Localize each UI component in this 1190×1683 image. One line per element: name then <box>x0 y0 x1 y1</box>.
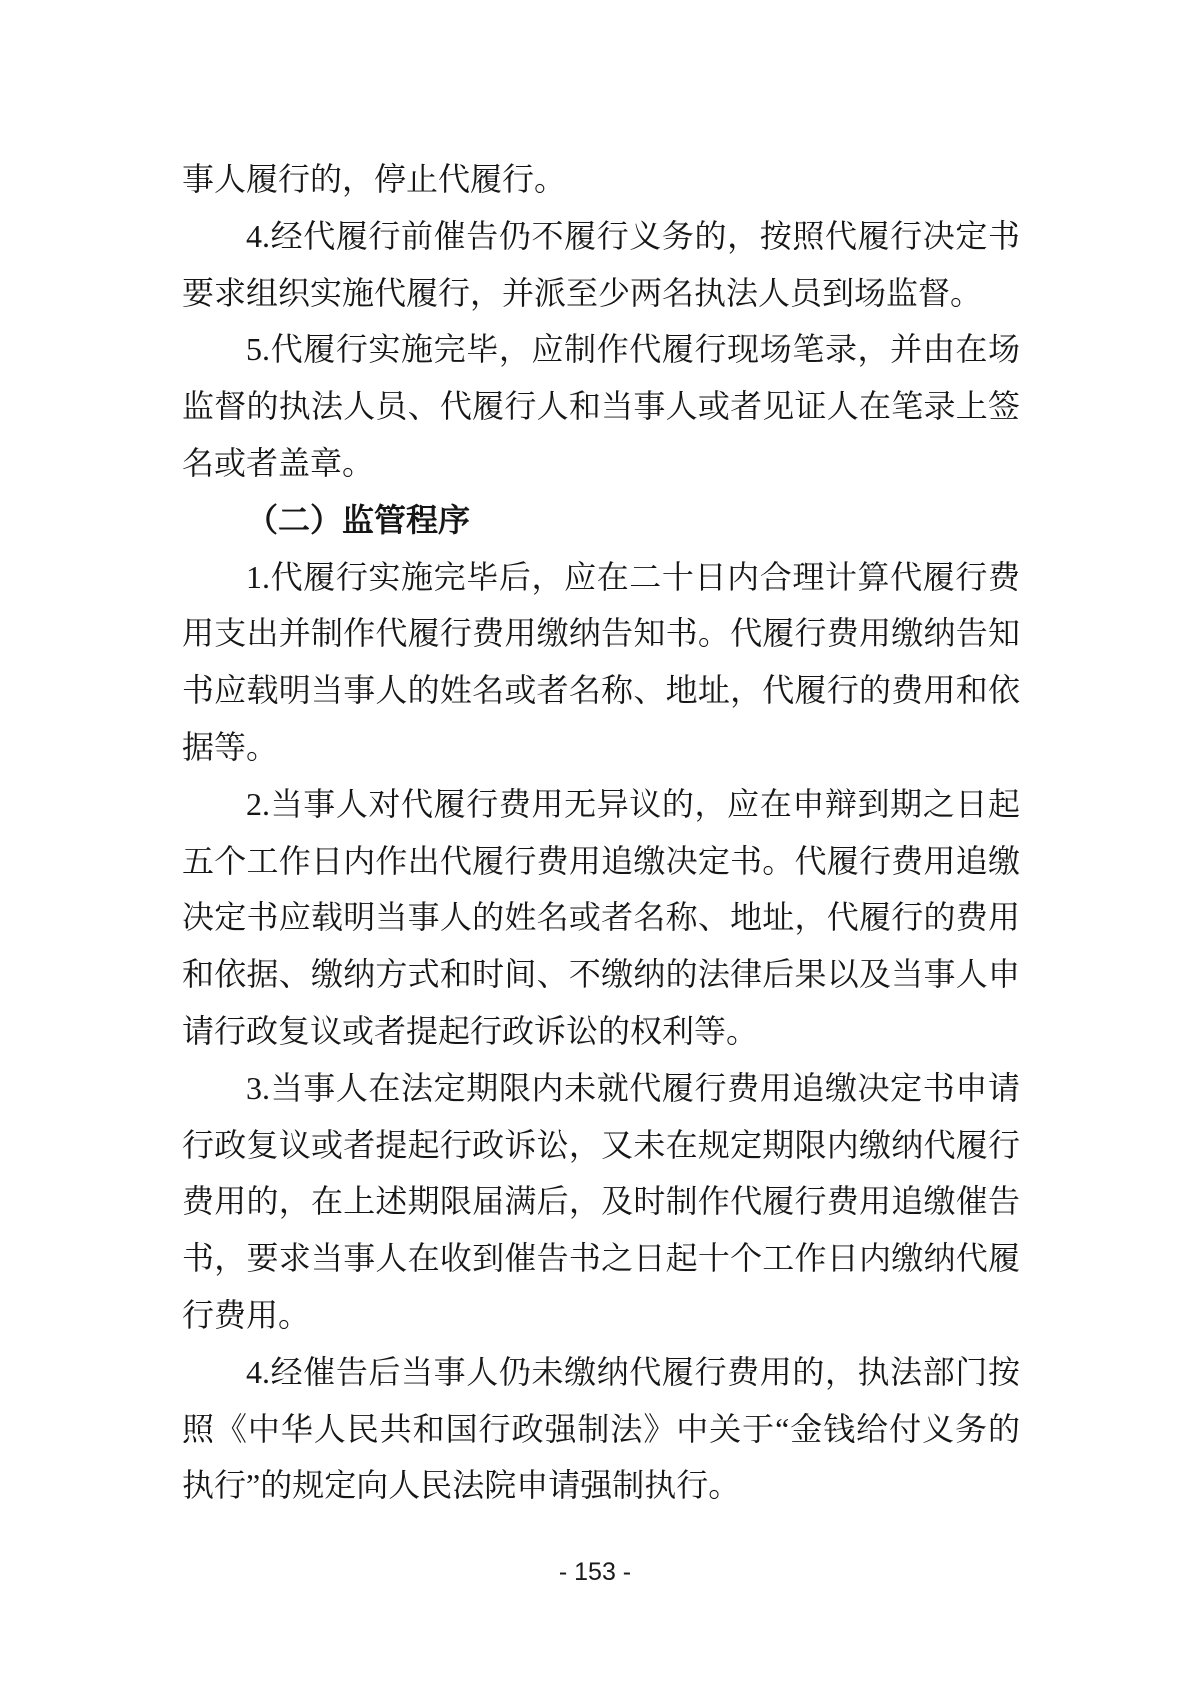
section-heading: （二）监管程序 <box>182 492 1020 549</box>
body-paragraph-item-5: 5.代履行实施完毕，应制作代履行现场笔录，并由在场监督的执法人员、代履行人和当事… <box>182 321 1020 491</box>
body-paragraph-item-3: 3.当事人在法定期限内未就代履行费用追缴决定书申请行政复议或者提起行政诉讼，又未… <box>182 1060 1020 1344</box>
page-number: - 153 - <box>0 1558 1190 1587</box>
body-paragraph-item-1: 1.代履行实施完毕后，应在二十日内合理计算代履行费用支出并制作代履行费用缴纳告知… <box>182 549 1020 776</box>
body-paragraph-item-4b: 4.经催告后当事人仍未缴纳代履行费用的，执法部门按照《中华人民共和国行政强制法》… <box>182 1344 1020 1514</box>
text-body: 事人履行的，停止代履行。 4.经代履行前催告仍不履行义务的，按照代履行决定书要求… <box>182 151 1020 1514</box>
body-paragraph-continuation: 事人履行的，停止代履行。 <box>182 151 1020 208</box>
document-page: 事人履行的，停止代履行。 4.经代履行前催告仍不履行义务的，按照代履行决定书要求… <box>0 0 1190 1683</box>
body-paragraph-item-4: 4.经代履行前催告仍不履行义务的，按照代履行决定书要求组织实施代履行，并派至少两… <box>182 208 1020 322</box>
body-paragraph-item-2: 2.当事人对代履行费用无异议的，应在申辩到期之日起五个工作日内作出代履行费用追缴… <box>182 776 1020 1060</box>
